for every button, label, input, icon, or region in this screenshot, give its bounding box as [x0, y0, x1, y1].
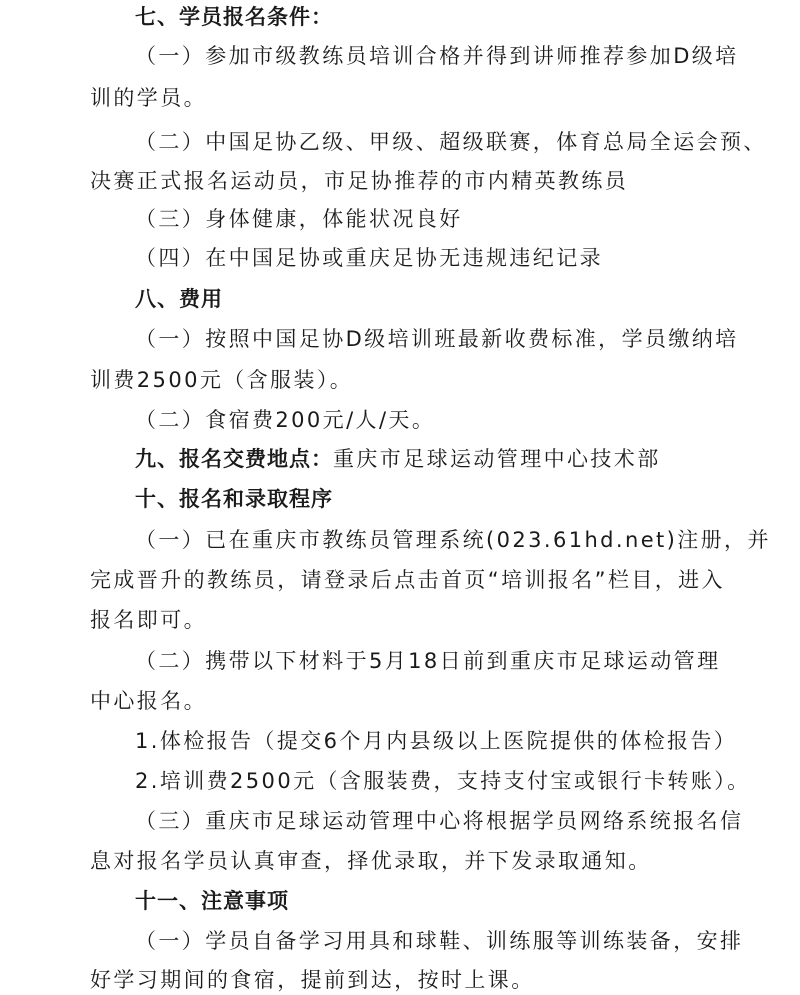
paragraph-line: 报名即可。: [90, 607, 207, 633]
paragraph-line: 息对报名学员认真审查，择优录取，并下发录取通知。: [90, 848, 652, 874]
paragraph-line: （二）食宿费200元/人/天。: [135, 407, 435, 433]
paragraph-line: （二）携带以下材料于5月18日前到重庆市足球运动管理: [135, 648, 720, 674]
paragraph-line: （二）中国足协乙级、甲级、超级联赛，体育总局全运会预、: [135, 129, 767, 155]
paragraph-line: （一）参加市级教练员培训合格并得到讲师推荐参加D级培: [135, 43, 739, 69]
paragraph-line: 完成晋升的教练员，请登录后点击首页“培训报名”栏目，进入: [90, 567, 725, 593]
section-heading-8: 八、费用: [135, 286, 223, 312]
paragraph-line: 中心报名。: [90, 688, 207, 714]
section-heading-10: 十、报名和录取程序: [135, 486, 333, 512]
paragraph-line: （三）重庆市足球运动管理中心将根据学员网络系统报名信: [135, 808, 743, 834]
paragraph-line: 1.体检报告（提交6个月内县级以上医院提供的体检报告）: [135, 728, 737, 754]
paragraph-line: 2.培训费2500元（含服装费，支持支付宝或银行卡转账）。: [135, 768, 751, 794]
section-heading-11: 十一、注意事项: [135, 888, 289, 914]
document-page: 七、学员报名条件： （一）参加市级教练员培训合格并得到讲师推荐参加D级培 训的学…: [0, 0, 800, 995]
paragraph-line: （三）身体健康，体能状况良好: [135, 206, 463, 232]
section-9-value: 重庆市足球运动管理中心技术部: [333, 447, 661, 471]
paragraph-line: 决赛正式报名运动员，市足协推荐的市内精英教练员: [90, 168, 628, 194]
section-heading-9: 九、报名交费地点：: [135, 447, 333, 471]
paragraph-line: 训费2500元（含服装）。: [90, 367, 353, 393]
paragraph-line: （一）学员自备学习用具和球鞋、训练服等训练装备，安排: [135, 928, 743, 954]
paragraph-line: 好学习期间的食宿，提前到达，按时上课。: [90, 967, 535, 993]
paragraph-line: 训的学员。: [90, 85, 207, 111]
section-9-line: 九、报名交费地点：重庆市足球运动管理中心技术部: [135, 446, 661, 472]
paragraph-line: （一）按照中国足协D级培训班最新收费标准，学员缴纳培: [135, 326, 739, 352]
section-heading-7: 七、学员报名条件：: [135, 4, 333, 30]
paragraph-line: （一）已在重庆市教练员管理系统(023.61hd.net)注册，并: [135, 527, 771, 553]
paragraph-line: （四）在中国足协或重庆足协无违规违纪记录: [135, 245, 603, 271]
